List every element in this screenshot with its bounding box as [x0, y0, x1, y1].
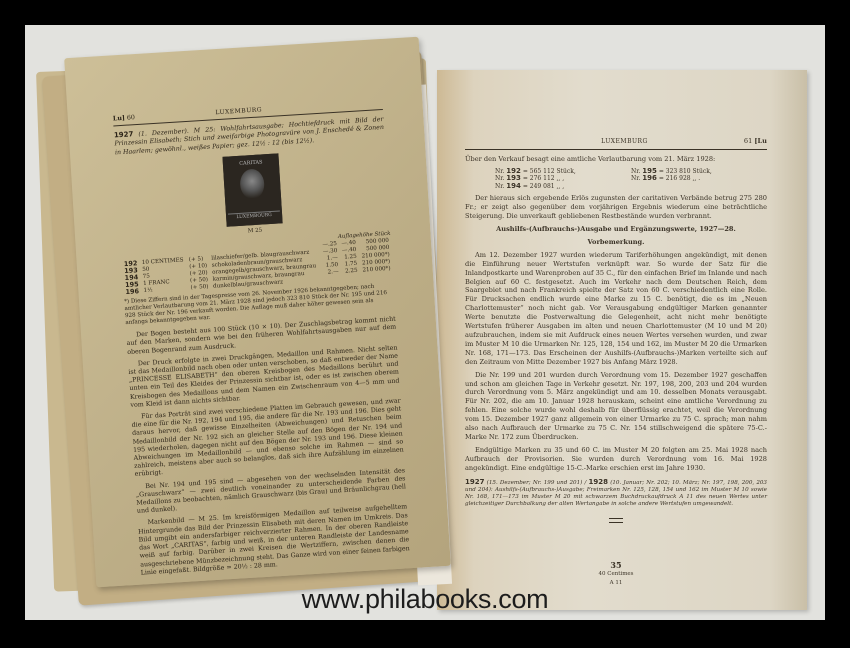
sales-value: = 249 081 ,, , — [523, 183, 564, 190]
portrait-medallion-icon — [239, 168, 265, 199]
cell-price1: 2.— — [321, 269, 340, 277]
sales-value: = 216 928 ,, . — [659, 175, 700, 182]
cell-num: 196 — [123, 288, 141, 296]
issue-year: 1927 — [114, 130, 134, 139]
issue-note: 1927 (15. Dezember; Nr. 199 und 201) / 1… — [465, 479, 767, 508]
country-tag: [Lu — [754, 137, 767, 145]
sales-label: Nr. — [495, 175, 504, 182]
sales-entry: Nr. 194 = 249 081 ,, , — [495, 183, 631, 191]
sales-label: Nr. — [495, 168, 504, 175]
stamp-illustration: CARITAS LUXEMBOURG — [222, 153, 282, 226]
sales-label: Nr. — [631, 175, 640, 182]
sales-value: = 565 112 Stück, — [523, 168, 576, 175]
issue-year: 1927 — [465, 478, 484, 486]
country-tag: Lu] — [113, 115, 125, 123]
cell-plate: (+ 50) — [188, 284, 211, 292]
left-page: Lu] 60 LUXEMBURG 1927 (1. Dezember). M 2… — [64, 37, 451, 588]
left-page-content: Lu] 60 LUXEMBURG 1927 (1. Dezember). M 2… — [113, 99, 411, 582]
sales-value: = 276 112 ,, , — [523, 175, 564, 182]
cell-value: 1½ — [141, 285, 188, 295]
page-number: 60 — [127, 114, 135, 121]
cell-price1 — [322, 276, 341, 284]
signature-line: 40 Centimes — [465, 570, 767, 579]
cell-price2 — [341, 275, 360, 283]
sales-label: Nr. — [631, 168, 640, 175]
sales-entry: Nr. 196 = 216 928 ,, . — [631, 175, 767, 183]
sales-figures: Nr. 192 = 565 112 Stück,Nr. 195 = 323 81… — [495, 168, 767, 191]
sales-intro: Über den Verkauf besagt eine amtliche Ve… — [465, 155, 767, 164]
sales-label: Nr. — [495, 183, 504, 190]
cell-price2: 2.25 — [340, 268, 359, 276]
issue-note-text: (15. Dezember; Nr. 199 und 201) / — [487, 480, 587, 486]
right-page-content: LUXEMBURG 61 [Lu Über den Verkauf besagt… — [465, 137, 767, 588]
book-photo: LUXEMBURG 61 [Lu Über den Verkauf besagt… — [25, 25, 825, 620]
page-number: 61 — [744, 137, 752, 145]
signature-page: 35 — [465, 561, 767, 570]
stamp-country-label: LUXEMBOURG — [228, 210, 280, 222]
running-head-title: LUXEMBURG — [601, 138, 648, 147]
right-running-head: LUXEMBURG 61 [Lu — [465, 137, 767, 150]
paragraph: Der hieraus sich ergebende Erlös zugunst… — [465, 194, 767, 221]
section-end-rule — [609, 518, 623, 523]
paragraph: Markenbild — M 25. Im kreisförmigen Meda… — [137, 504, 410, 578]
paragraph: Endgültige Marken zu 35 und 60 C. im Mus… — [465, 446, 767, 473]
right-page: LUXEMBURG 61 [Lu Über den Verkauf besagt… — [437, 70, 807, 610]
paragraph: Für das Porträt sind zwei verschiedene P… — [131, 397, 405, 479]
section-heading: Aushilfs-(Aufbrauchs-)Ausgabe und Ergänz… — [465, 225, 767, 234]
subheading: Vorbemerkung. — [465, 238, 767, 247]
sales-value: = 323 810 Stück, — [659, 168, 712, 175]
issue-year: 1928 — [589, 478, 608, 486]
running-head-title: LUXEMBURG — [215, 106, 262, 117]
sales-num: 194 — [506, 182, 521, 190]
paragraph: Am 12. Dezember 1927 wurden wiederum Tar… — [465, 251, 767, 367]
sales-num: 196 — [642, 174, 657, 182]
stamp-top-label: CARITAS — [225, 157, 277, 168]
watermark: www.philabooks.com — [25, 584, 825, 615]
paragraph: Die Nr. 199 und 201 wurden durch Verordn… — [465, 371, 767, 442]
